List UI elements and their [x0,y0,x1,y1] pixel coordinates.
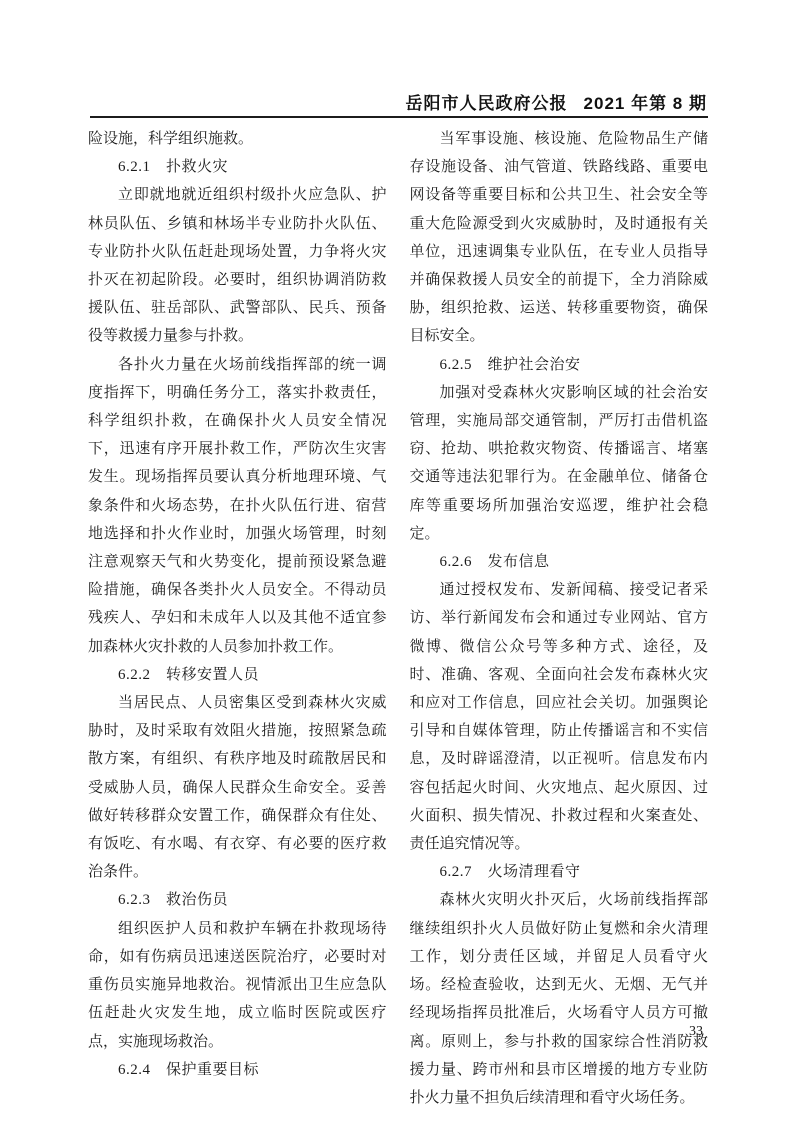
section-heading-627: 6.2.7 火场清理看守 [410,858,709,886]
issue-label: 2021 年第 8 期 [584,94,707,113]
body-paragraph: 当军事设施、核设施、危险物品生产储存设施设备、油气管道、铁路线路、重要电网设备等… [410,125,709,351]
body-paragraph: 立即就地就近组织村级扑火应急队、护林员队伍、乡镇和林场半专业防扑火队伍、专业防扑… [88,181,387,350]
left-column: 险设施，科学组织施救。 6.2.1 扑救火灾 立即就地就近组织村级扑火应急队、护… [88,125,387,1112]
section-heading-623: 6.2.3 救治伤员 [88,886,387,914]
section-heading-626: 6.2.6 发布信息 [410,548,709,576]
right-column: 当军事设施、核设施、危险物品生产储存设施设备、油气管道、铁路线路、重要电网设备等… [410,125,709,1112]
two-column-body: 险设施，科学组织施救。 6.2.1 扑救火灾 立即就地就近组织村级扑火应急队、护… [88,125,708,1112]
gazette-title: 岳阳市人民政府公报 [406,94,568,113]
body-paragraph: 组织医护人员和救护车辆在扑救现场待命，如有伤病员迅速送医院治疗，必要时对重伤员实… [88,915,387,1056]
header-rule [90,116,708,118]
paragraph-continuation: 险设施，科学组织施救。 [88,125,387,153]
section-heading-625: 6.2.5 维护社会治安 [410,351,709,379]
section-heading-624: 6.2.4 保护重要目标 [88,1056,387,1084]
body-paragraph: 当居民点、人员密集区受到森林火灾威胁时，及时采取有效阻火措施，按照紧急疏散方案，… [88,689,387,886]
section-heading-621: 6.2.1 扑救火灾 [88,153,387,181]
gazette-page: 岳阳市人民政府公报2021 年第 8 期 险设施，科学组织施救。 6.2.1 扑… [0,0,793,1122]
body-paragraph: 森林火灾明火扑灭后，火场前线指挥部继续组织扑火人员做好防止复燃和余火清理工作，划… [410,886,709,1112]
body-paragraph: 通过授权发布、发新闻稿、接受记者采访、举行新闻发布会和通过专业网站、官方微博、微… [410,576,709,858]
body-paragraph: 加强对受森林火灾影响区域的社会治安管理，实施局部交通管制，严厉打击借机盗窃、抢劫… [410,379,709,548]
page-header: 岳阳市人民政府公报2021 年第 8 期 [406,89,707,114]
page-number: 33 [689,1024,703,1040]
section-heading-622: 6.2.2 转移安置人员 [88,661,387,689]
body-paragraph: 各扑火力量在火场前线指挥部的统一调度指挥下，明确任务分工，落实扑救责任，科学组织… [88,351,387,661]
